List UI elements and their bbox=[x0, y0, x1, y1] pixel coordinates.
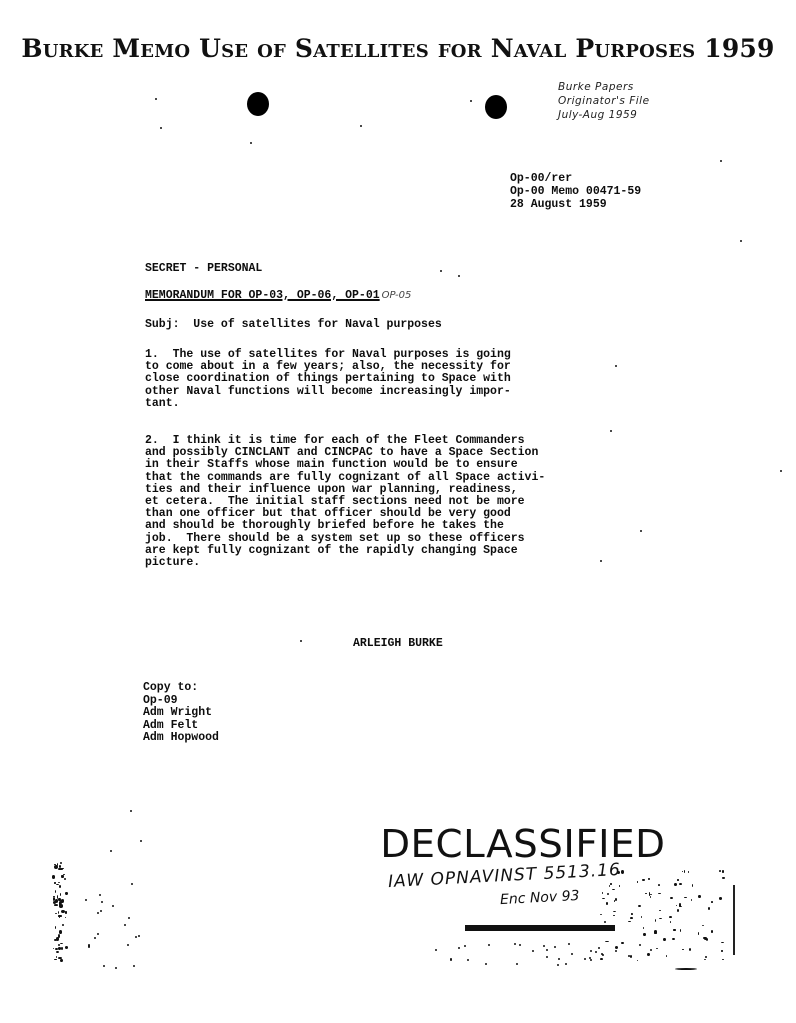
paragraph-1: 1. The use of satellites for Naval purpo… bbox=[145, 349, 511, 410]
scan-speck bbox=[605, 941, 608, 942]
scan-speck bbox=[615, 950, 617, 952]
scan-speck bbox=[55, 948, 57, 950]
addressee-text: MEMORANDUM FOR OP-03, OP-06, OP-01 bbox=[145, 289, 380, 302]
scan-speck bbox=[516, 963, 518, 965]
scan-speck bbox=[656, 948, 658, 949]
scan-speck bbox=[612, 889, 615, 890]
scan-speck bbox=[97, 933, 99, 935]
scan-speck bbox=[52, 875, 55, 878]
scan-speck bbox=[600, 560, 602, 562]
scan-speck bbox=[643, 933, 645, 936]
scan-speck bbox=[300, 640, 302, 642]
scan-speck bbox=[568, 943, 570, 945]
scan-speck bbox=[100, 910, 102, 912]
punch-hole-right bbox=[485, 95, 507, 119]
scan-speck bbox=[658, 884, 660, 886]
scan-speck bbox=[60, 862, 62, 864]
text-line: job. There should be a system set up so … bbox=[145, 533, 545, 545]
scan-speck bbox=[543, 945, 545, 947]
scan-speck bbox=[65, 946, 68, 949]
scan-speck bbox=[613, 911, 616, 912]
scan-speck bbox=[546, 956, 548, 958]
scan-speck bbox=[721, 950, 723, 951]
scan-speck bbox=[598, 947, 600, 949]
scan-speck bbox=[617, 871, 620, 874]
scan-speck bbox=[673, 929, 675, 930]
scan-speck bbox=[722, 877, 725, 878]
scan-speck bbox=[670, 897, 673, 900]
scan-speck bbox=[62, 924, 64, 926]
declassification-date: Enc Nov 93 bbox=[500, 888, 580, 908]
classification-marking: SECRET - PERSONAL bbox=[145, 262, 262, 275]
scan-speck bbox=[602, 892, 603, 894]
scan-speck bbox=[450, 959, 452, 961]
scan-speck bbox=[638, 905, 641, 908]
scan-speck bbox=[677, 909, 679, 912]
scan-speck bbox=[595, 951, 597, 953]
reference-block: Op-00/rer Op-00 Memo 00471-59 28 August … bbox=[510, 172, 641, 211]
scan-speck bbox=[659, 910, 661, 911]
scan-speck bbox=[115, 967, 117, 969]
scan-speck bbox=[58, 911, 59, 915]
scan-speck bbox=[613, 915, 615, 917]
declassified-stamp: DECLASSIFIED bbox=[380, 822, 665, 866]
scan-speck bbox=[607, 893, 609, 895]
scan-speck bbox=[647, 953, 650, 956]
scan-speck bbox=[640, 530, 642, 532]
scan-speck bbox=[600, 914, 602, 915]
scan-speck bbox=[127, 944, 129, 946]
scan-speck bbox=[705, 956, 707, 958]
scan-speck bbox=[619, 885, 621, 887]
scan-speck bbox=[53, 897, 55, 901]
copy-recipient: Adm Wright bbox=[143, 707, 219, 720]
scan-speck bbox=[610, 883, 611, 885]
scan-speck bbox=[140, 840, 142, 842]
scan-speck bbox=[124, 924, 126, 926]
scan-speck bbox=[698, 895, 701, 898]
scan-speck bbox=[648, 878, 650, 880]
text-line: picture. bbox=[145, 557, 545, 569]
scan-speck bbox=[532, 950, 534, 952]
scan-speck bbox=[54, 904, 58, 906]
scan-speck bbox=[558, 958, 560, 960]
scan-speck bbox=[721, 942, 724, 944]
scan-speck bbox=[641, 916, 642, 919]
scan-speck bbox=[64, 878, 66, 880]
scan-speck bbox=[59, 904, 63, 907]
text-line: in their Staffs whose main function woul… bbox=[145, 459, 545, 471]
scan-speck bbox=[54, 959, 56, 961]
scan-speck bbox=[435, 949, 437, 951]
scan-speck bbox=[458, 275, 460, 277]
scan-speck bbox=[65, 892, 67, 894]
scan-speck bbox=[61, 899, 64, 902]
scan-speck bbox=[55, 913, 57, 914]
scan-speck bbox=[110, 850, 112, 852]
scan-speck bbox=[602, 898, 605, 899]
scan-speck bbox=[677, 879, 678, 881]
scan-speck bbox=[684, 897, 687, 899]
scan-speck bbox=[658, 893, 661, 895]
scan-speck bbox=[684, 870, 686, 873]
scan-speck bbox=[655, 919, 656, 922]
scan-speck bbox=[360, 125, 362, 127]
scan-speck bbox=[138, 935, 140, 937]
scan-speck bbox=[56, 956, 57, 958]
scan-speck bbox=[514, 943, 516, 945]
scan-speck bbox=[155, 98, 157, 100]
scan-speck bbox=[53, 948, 54, 949]
handwritten-addressee: OP-05 bbox=[382, 290, 412, 301]
scan-speck bbox=[584, 958, 586, 960]
scan-speck bbox=[85, 899, 87, 901]
scan-speck bbox=[708, 907, 710, 910]
scan-speck bbox=[133, 965, 135, 967]
scan-speck bbox=[60, 893, 61, 896]
scan-speck bbox=[65, 917, 66, 918]
scan-speck bbox=[676, 905, 677, 906]
scan-speck bbox=[112, 905, 114, 907]
scan-speck bbox=[663, 938, 665, 941]
scan-speck bbox=[650, 949, 653, 952]
copy-recipient: Adm Hopwood bbox=[143, 732, 219, 745]
scan-speck bbox=[160, 127, 162, 129]
struck-classification-marking bbox=[465, 925, 615, 931]
copy-to-list: Copy to: Op-09 Adm Wright Adm Felt Adm H… bbox=[143, 682, 219, 745]
scan-speck bbox=[680, 929, 681, 932]
scan-speck bbox=[642, 879, 645, 880]
scan-speck bbox=[103, 965, 105, 967]
scan-speck bbox=[61, 947, 63, 950]
scan-speck bbox=[674, 883, 677, 886]
scan-speck bbox=[546, 949, 548, 951]
scan-speck bbox=[654, 933, 657, 934]
scan-speck bbox=[688, 871, 689, 873]
scan-speck bbox=[464, 945, 466, 947]
scan-speck bbox=[679, 883, 682, 885]
scan-speck bbox=[682, 949, 684, 950]
scan-speck bbox=[615, 898, 617, 901]
scan-speck bbox=[621, 870, 624, 873]
scan-speck bbox=[99, 894, 101, 896]
text-line: and should be thoroughly briefed before … bbox=[145, 520, 545, 532]
scan-speck bbox=[698, 932, 700, 935]
scan-speck bbox=[58, 934, 60, 938]
scan-speck bbox=[557, 964, 559, 966]
scan-speck bbox=[88, 944, 90, 946]
handwritten-line: Burke Papers bbox=[558, 80, 650, 94]
scan-speck bbox=[659, 918, 662, 919]
memo-date: 28 August 1959 bbox=[510, 198, 641, 211]
scan-speck bbox=[488, 944, 490, 946]
scan-speck bbox=[65, 911, 66, 913]
scan-speck bbox=[780, 470, 782, 472]
memo-number: Op-00 Memo 00471-59 bbox=[510, 185, 641, 198]
scan-speck bbox=[650, 896, 651, 898]
page-edge-mark bbox=[733, 885, 735, 955]
scan-speck bbox=[630, 917, 632, 919]
scan-speck bbox=[711, 901, 713, 903]
scan-speck bbox=[670, 921, 671, 923]
scan-speck bbox=[666, 955, 667, 957]
scan-speck bbox=[55, 926, 57, 929]
scan-speck bbox=[722, 959, 724, 960]
scan-speck bbox=[58, 915, 62, 916]
scan-speck bbox=[519, 944, 521, 946]
text-line: other Naval functions will become increa… bbox=[145, 386, 511, 398]
scan-speck bbox=[637, 881, 638, 882]
scan-speck bbox=[702, 925, 704, 926]
scan-speck bbox=[679, 906, 682, 907]
scan-speck bbox=[711, 930, 713, 933]
scan-speck bbox=[55, 890, 56, 893]
scan-speck bbox=[590, 950, 592, 952]
scan-speck bbox=[54, 864, 55, 865]
text-line: close coordination of things pertaining … bbox=[145, 373, 511, 385]
scan-speck bbox=[470, 100, 472, 102]
scan-speck bbox=[689, 948, 691, 951]
scan-speck bbox=[250, 142, 252, 144]
scan-speck bbox=[485, 963, 487, 965]
scan-speck bbox=[672, 938, 675, 941]
scan-speck bbox=[643, 927, 644, 929]
scan-speck bbox=[604, 921, 607, 924]
scan-speck bbox=[60, 959, 63, 962]
scan-speck bbox=[467, 959, 469, 961]
scan-speck bbox=[645, 893, 647, 894]
scan-speck bbox=[60, 943, 64, 944]
signature-block: ARLEIGH BURKE bbox=[353, 637, 443, 650]
scan-speck bbox=[59, 885, 61, 888]
handwritten-line: July-Aug 1959 bbox=[558, 108, 650, 122]
scan-speck bbox=[94, 937, 96, 939]
text-line: tant. bbox=[145, 398, 511, 410]
page-title: Burke Memo Use of Satellites for Naval P… bbox=[0, 34, 796, 63]
punch-hole-left bbox=[247, 92, 269, 116]
scan-speck bbox=[131, 883, 133, 885]
text-line: are kept fully cognizant of the rapidly … bbox=[145, 545, 545, 557]
scan-speck bbox=[719, 897, 722, 900]
scan-speck bbox=[130, 810, 132, 812]
scan-speck bbox=[135, 936, 137, 938]
scan-speck bbox=[606, 902, 608, 905]
scan-speck bbox=[590, 959, 592, 961]
scan-speck bbox=[722, 870, 723, 873]
scan-speck bbox=[628, 921, 631, 922]
scan-speck bbox=[610, 430, 612, 432]
scan-speck bbox=[128, 917, 130, 919]
scan-speck bbox=[704, 959, 707, 961]
scan-speck bbox=[692, 884, 693, 887]
scan-speck bbox=[637, 960, 638, 961]
scan-speck bbox=[630, 955, 632, 958]
scan-speck bbox=[740, 240, 742, 242]
scan-speck bbox=[97, 912, 99, 914]
scan-speck bbox=[58, 944, 60, 946]
scan-speck bbox=[719, 870, 721, 872]
handwritten-file-note: Burke Papers Originator's File July-Aug … bbox=[558, 80, 650, 122]
scan-speck bbox=[56, 951, 59, 953]
scan-speck bbox=[720, 160, 722, 162]
scan-speck bbox=[704, 937, 707, 939]
scan-speck bbox=[615, 946, 618, 949]
subject-line: Subj: Use of satellites for Naval purpos… bbox=[145, 318, 442, 331]
scan-speck bbox=[609, 885, 610, 887]
scan-speck bbox=[57, 863, 58, 866]
scan-speck bbox=[675, 968, 697, 970]
addressee-line: MEMORANDUM FOR OP-03, OP-06, OP-01OP-05 bbox=[145, 289, 411, 302]
scan-speck bbox=[631, 913, 632, 914]
scan-speck bbox=[61, 910, 65, 913]
text-line: that the commands are fully cognizant of… bbox=[145, 472, 545, 484]
scan-speck bbox=[600, 958, 603, 960]
handwritten-line: Originator's File bbox=[558, 94, 650, 108]
scan-speck bbox=[615, 365, 617, 367]
scan-speck bbox=[458, 947, 460, 949]
scan-speck bbox=[565, 963, 567, 965]
copy-to-label: Copy to: bbox=[143, 682, 219, 695]
scan-speck bbox=[101, 901, 103, 903]
scan-speck bbox=[639, 944, 641, 946]
paragraph-2: 2. I think it is time for each of the Fl… bbox=[145, 435, 545, 569]
scan-speck bbox=[691, 899, 692, 901]
office-code: Op-00/rer bbox=[510, 172, 641, 185]
scan-speck bbox=[621, 942, 623, 944]
scan-speck bbox=[571, 953, 573, 955]
scan-speck bbox=[554, 946, 556, 948]
scan-speck bbox=[669, 916, 672, 918]
scan-speck bbox=[440, 270, 442, 272]
scan-speck bbox=[59, 930, 62, 934]
scan-speck bbox=[682, 871, 683, 872]
